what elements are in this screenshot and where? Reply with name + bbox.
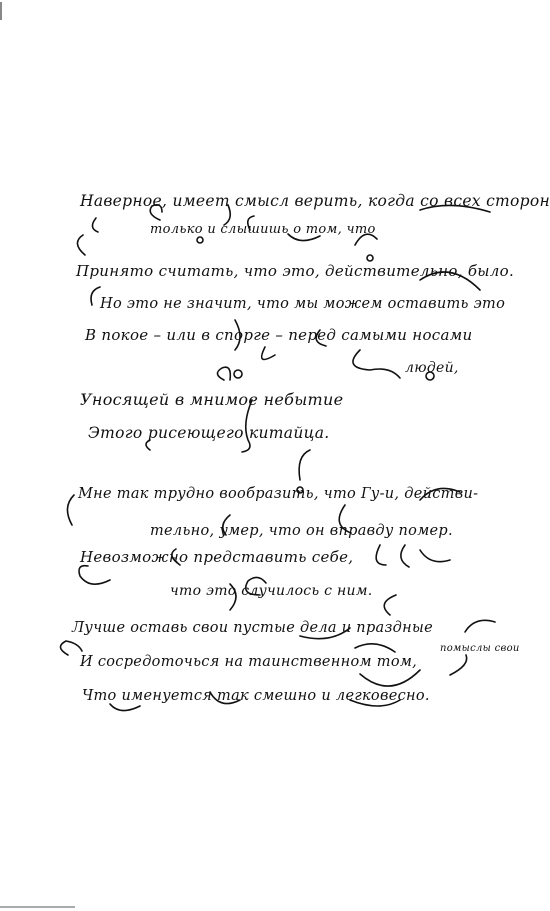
poem-line: только и слышишь о том, что [150,222,376,237]
poem-line: Что именуется так смешно и легковесно. [82,688,430,704]
poem-line: Невозможно представить себе, [80,548,353,566]
calligraphy-flourishes [0,0,550,911]
poem-line: людей, [405,360,459,376]
poem-line: тельно, умер, что он вправду помер. [150,523,453,539]
scan-edge-mark [0,906,75,908]
poem-line: помыслы свои [440,643,520,654]
poem-line: И сосредоточься на таинственном том, [80,654,417,670]
scan-edge-mark [0,2,2,20]
poem-line: Но это не значит, что мы можем оставить … [100,296,505,312]
poem-line: Мне так трудно вообразить, что Гу-и, дей… [78,486,478,502]
poem-line: Уносящей в мнимое небытие [80,390,343,409]
scanned-page: Наверное, имеет смысл верить, когда со в… [0,0,550,911]
poem-line: что это случилось с ним. [170,583,373,599]
poem-line: Принято считать, что это, действительно,… [76,262,514,280]
poem-line: Лучше оставь свои пустые дела и праздные [72,620,433,636]
poem-line: Этого рисеющего китайца. [88,424,330,442]
poem-line: Наверное, имеет смысл верить, когда со в… [80,192,550,210]
poem-line: В покое – или в спорге – перед самыми но… [85,326,472,344]
